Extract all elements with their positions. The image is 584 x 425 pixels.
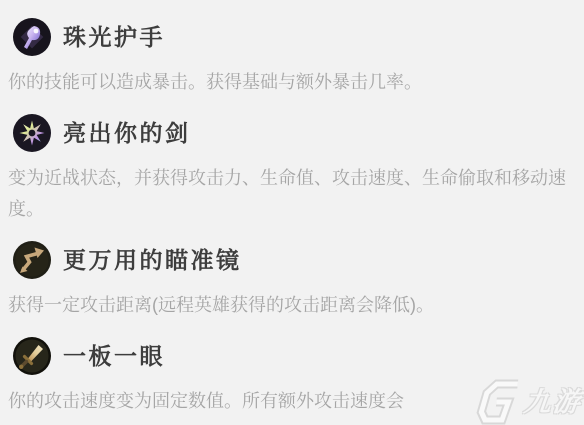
augment-description: 你的攻击速度变为固定数值。所有额外攻击速度会 [8, 386, 576, 417]
augment-item-header: 珠光护手 [8, 18, 576, 56]
augment-item-by-the-book[interactable]: 一板一眼 你的攻击速度变为固定数值。所有额外攻击速度会 [8, 337, 576, 417]
augment-item-header: 更万用的瞄准镜 [8, 241, 576, 279]
augment-item-versatile-scope[interactable]: 更万用的瞄准镜 获得一定攻击距离(远程英雄获得的攻击距离会降低)。 [8, 241, 576, 321]
augment-description: 你的技能可以造成暴击。获得基础与额外暴击几率。 [8, 67, 576, 98]
sword-flash-icon [13, 114, 51, 152]
augment-list-page: { "page": { "width": 584, "height": 425,… [0, 0, 584, 425]
augment-title: 亮出你的剑 [63, 114, 191, 152]
augment-description: 变为近战状态，并获得攻击力、生命值、攻击速度、生命偷取和移动速度。 [8, 163, 576, 225]
augment-description: 获得一定攻击距离(远程英雄获得的攻击距离会降低)。 [8, 290, 576, 321]
augment-item-show-your-sword[interactable]: 亮出你的剑 变为近战状态，并获得攻击力、生命值、攻击速度、生命偷取和移动速度。 [8, 114, 576, 225]
augment-item-pearl-gauntlet[interactable]: 珠光护手 你的技能可以造成暴击。获得基础与额外暴击几率。 [8, 18, 576, 98]
augment-item-header: 亮出你的剑 [8, 114, 576, 152]
crossed-arrows-icon [13, 241, 51, 279]
augment-title: 一板一眼 [63, 337, 165, 375]
augment-list: 珠光护手 你的技能可以造成暴击。获得基础与额外暴击几率。 亮出你的剑 [0, 0, 584, 417]
augment-title: 更万用的瞄准镜 [63, 241, 242, 279]
pearl-gauntlet-icon [13, 18, 51, 56]
fixed-sword-icon [13, 337, 51, 375]
augment-title: 珠光护手 [63, 18, 165, 56]
augment-item-header: 一板一眼 [8, 337, 576, 375]
